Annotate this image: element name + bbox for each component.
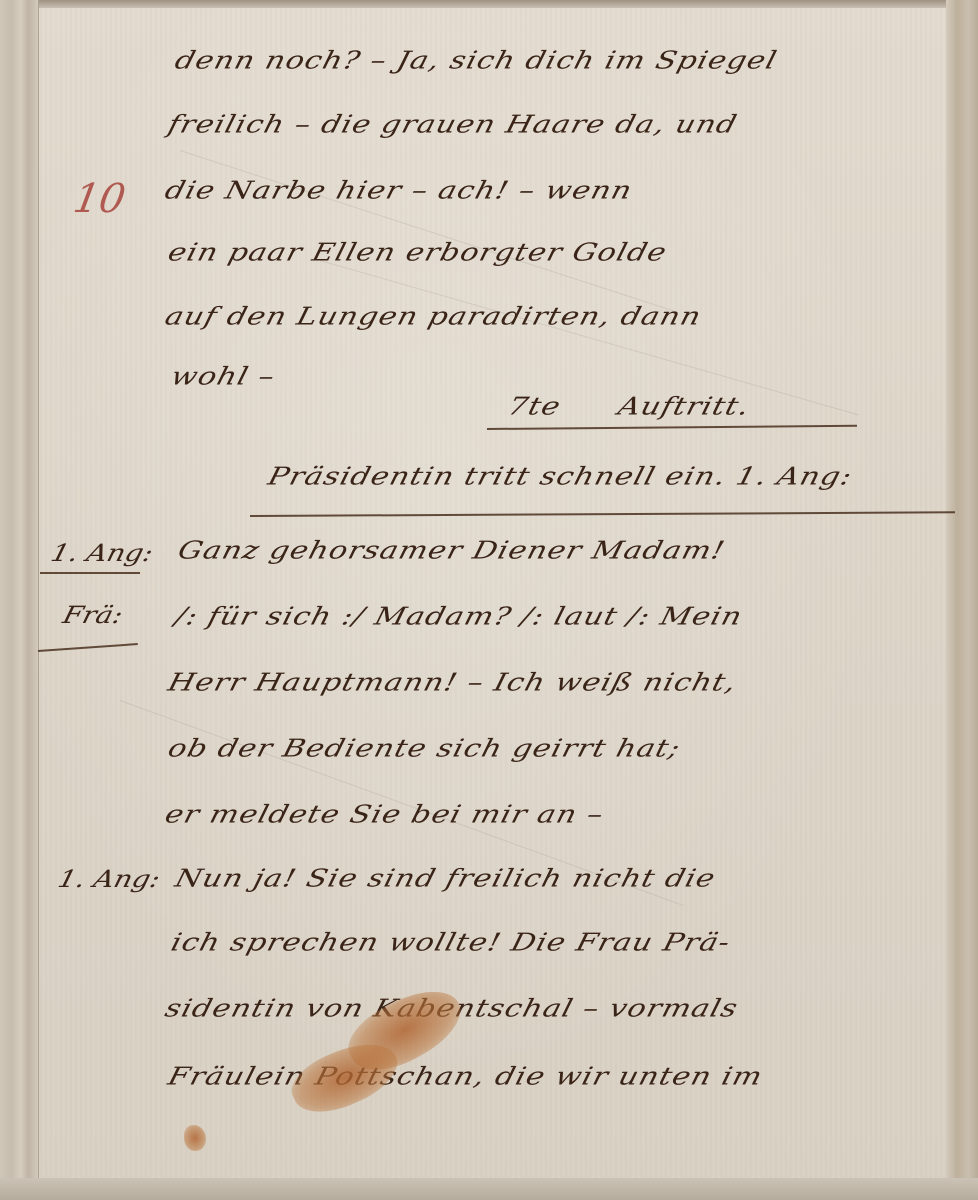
- speaker-underline: [40, 572, 140, 574]
- dialogue-line: er meldete Sie bei mir an –: [162, 800, 607, 829]
- text-line: freilich – die grauen Haare da, und: [165, 110, 740, 139]
- dialogue-line: /: für sich :/ Madam? /: laut /: Mein: [172, 602, 746, 631]
- text-line: ein paar Ellen erborgter Golde: [165, 238, 670, 267]
- binding-edge: [0, 0, 39, 1200]
- dialogue-line: Nun ja! Sie sind freilich nicht die: [172, 864, 719, 893]
- scene-number: 7te: [505, 392, 564, 421]
- speaker-label: 1. Ang:: [55, 865, 163, 893]
- dialogue-line: Ganz gehorsamer Diener Madam!: [175, 536, 728, 565]
- page-right-edge: [946, 0, 978, 1200]
- show-through-line: [180, 150, 675, 312]
- stage-direction: Präsidentin tritt schnell ein. 1. Ang:: [265, 462, 856, 491]
- text-line: wohl –: [168, 362, 278, 391]
- scene-title: Auftritt.: [615, 392, 753, 421]
- speaker-label: Frä:: [60, 601, 126, 629]
- dialogue-line: Fräulein Pottschan, die wir unten im: [165, 1062, 766, 1091]
- dialogue-line: ich sprechen wollte! Die Frau Prä-: [168, 928, 734, 957]
- stain-spot: [184, 1125, 206, 1151]
- manuscript-page: 10 denn noch? – Ja, sich dich im Spiegel…: [0, 0, 978, 1200]
- page-bottom-edge: [0, 1178, 978, 1200]
- dialogue-line: Herr Hauptmann! – Ich weiß nicht,: [165, 668, 740, 697]
- dialogue-line: ob der Bediente sich geirrt hat;: [165, 734, 684, 763]
- speaker-underline: [38, 643, 138, 652]
- text-line: die Narbe hier – ach! – wenn: [162, 176, 636, 205]
- folio-number: 10: [70, 176, 129, 222]
- speaker-label: 1. Ang:: [48, 539, 156, 567]
- stage-direction-underline: [250, 511, 955, 517]
- heading-underline: [487, 425, 857, 430]
- text-line: denn noch? – Ja, sich dich im Spiegel: [172, 46, 780, 75]
- page-top-edge: [0, 0, 978, 8]
- text-line: auf den Lungen paradirten, dann: [162, 302, 705, 331]
